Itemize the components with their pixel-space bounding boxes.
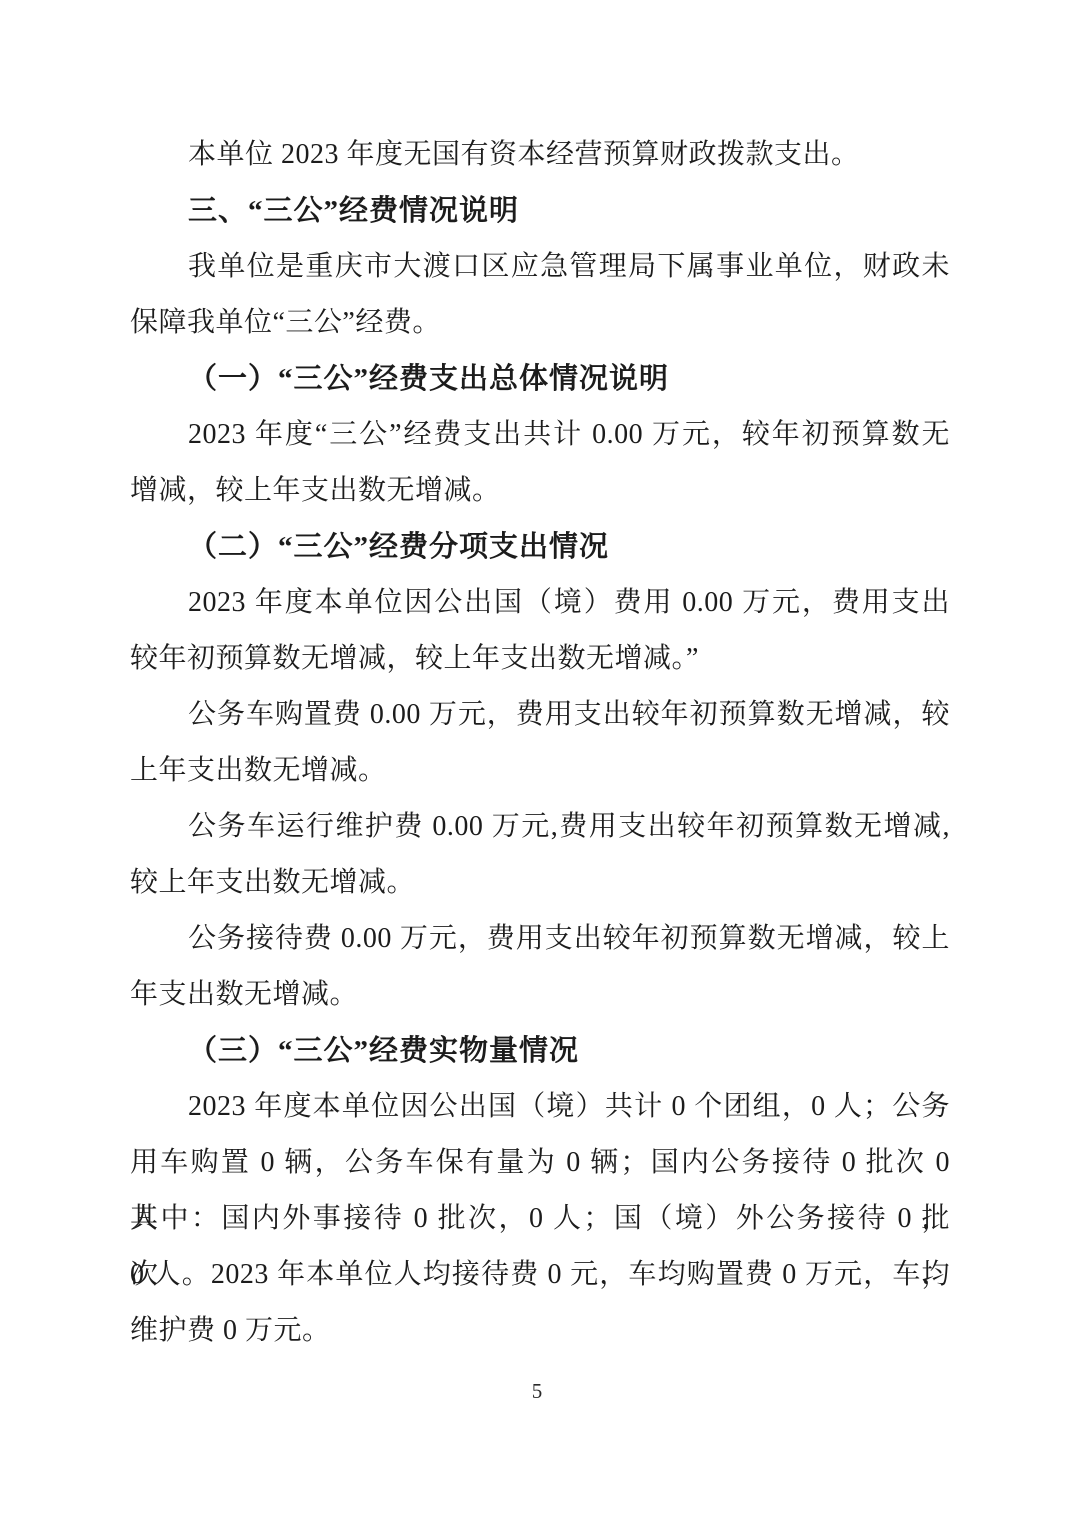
- subsection-heading: （二）“三公”经费分项支出情况: [130, 519, 950, 575]
- subsection-heading: （三）“三公”经费实物量情况: [130, 1023, 950, 1079]
- paragraph-line: 保障我单位“三公”经费。: [130, 295, 950, 351]
- paragraph-line: 公务车购置费 0.00 万元，费用支出较年初预算数无增减，较: [130, 687, 950, 743]
- document-page: 本单位 2023 年度无国有资本经营预算财政拨款支出。 三、“三公”经费情况说明…: [0, 0, 1074, 1520]
- page-number: 5: [0, 1375, 1074, 1407]
- paragraph-line: 2023 年度本单位因公出国（境）费用 0.00 万元，费用支出: [130, 575, 950, 631]
- subsection-heading: （一）“三公”经费支出总体情况说明: [130, 351, 950, 407]
- paragraph-line: 公务车运行维护费 0.00 万元,费用支出较年初预算数无增减,: [130, 799, 950, 855]
- paragraph-line: 用车购置 0 辆，公务车保有量为 0 辆；国内公务接待 0 批次 0 人，: [130, 1135, 950, 1191]
- paragraph-line: 2023 年度本单位因公出国（境）共计 0 个团组，0 人；公务: [130, 1079, 950, 1135]
- paragraph-line: 其中：国内外事接待 0 批次，0 人；国（境）外公务接待 0 批次，: [130, 1191, 950, 1247]
- paragraph-line: 公务接待费 0.00 万元，费用支出较年初预算数无增减，较上: [130, 911, 950, 967]
- paragraph-line: 本单位 2023 年度无国有资本经营预算财政拨款支出。: [130, 127, 950, 183]
- paragraph-line: 增减，较上年支出数无增减。: [130, 463, 950, 519]
- paragraph-line: 较年初预算数无增减，较上年支出数无增减。”: [130, 631, 950, 687]
- section-heading: 三、“三公”经费情况说明: [130, 183, 950, 239]
- document-body: 本单位 2023 年度无国有资本经营预算财政拨款支出。 三、“三公”经费情况说明…: [130, 127, 950, 1359]
- paragraph-line: 上年支出数无增减。: [130, 743, 950, 799]
- paragraph-line: 年支出数无增减。: [130, 967, 950, 1023]
- paragraph-line: 维护费 0 万元。: [130, 1303, 950, 1359]
- paragraph-line: 2023 年度“三公”经费支出共计 0.00 万元，较年初预算数无: [130, 407, 950, 463]
- paragraph-line: 0 人。2023 年本单位人均接待费 0 元，车均购置费 0 万元，车均: [130, 1247, 950, 1303]
- paragraph-line: 较上年支出数无增减。: [130, 855, 950, 911]
- paragraph-line: 我单位是重庆市大渡口区应急管理局下属事业单位，财政未: [130, 239, 950, 295]
